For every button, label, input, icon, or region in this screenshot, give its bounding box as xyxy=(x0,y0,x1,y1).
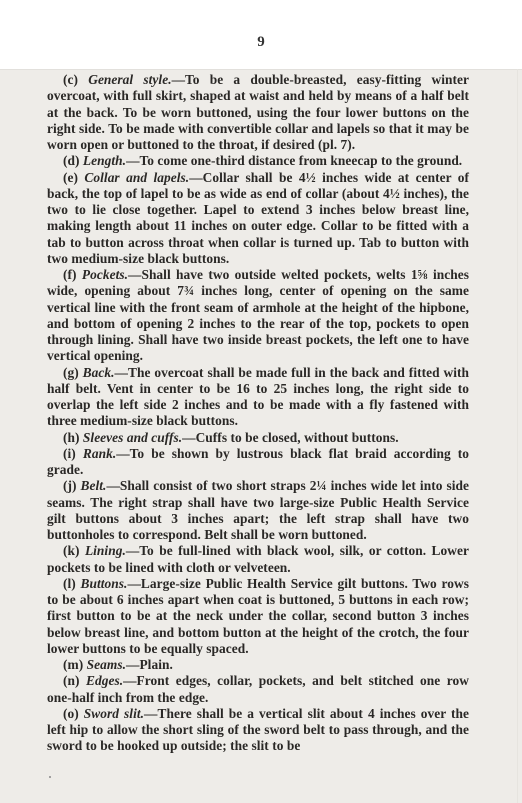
item-text: —Plain. xyxy=(126,657,173,672)
paragraph-pockets: (f) Pockets.—Shall have two outside welt… xyxy=(47,267,469,365)
item-label: (e) xyxy=(63,170,78,185)
item-heading: Belt. xyxy=(81,478,107,493)
paragraph-collar-and-lapels: (e) Collar and lapels.—Collar shall be 4… xyxy=(47,170,469,268)
paragraph-rank: (i) Rank.—To be shown by lustrous black … xyxy=(47,446,469,479)
item-heading: Back. xyxy=(83,365,115,380)
item-heading: Edges. xyxy=(86,673,123,688)
paragraph-buttons: (l) Buttons.—Large-size Public Health Se… xyxy=(47,576,469,657)
item-heading: Seams. xyxy=(87,657,126,672)
item-text: —Cuffs to be closed, without buttons. xyxy=(182,430,399,445)
scan-speck xyxy=(49,776,51,778)
item-heading: Pockets. xyxy=(82,267,128,282)
paragraph-back: (g) Back.—The overcoat shall be made ful… xyxy=(47,365,469,430)
item-heading: General style. xyxy=(88,72,171,87)
paragraph-sleeves-and-cuffs: (h) Sleeves and cuffs.—Cuffs to be close… xyxy=(47,430,469,446)
item-label: (i) xyxy=(63,446,76,461)
item-text: —To come one-third distance from kneecap… xyxy=(126,153,462,168)
item-label: (g) xyxy=(63,365,79,380)
item-text: —Shall consist of two short straps 2¼ in… xyxy=(47,478,469,542)
document-body: (c) General style.—To be a double-breast… xyxy=(47,72,469,755)
item-label: (n) xyxy=(63,673,80,688)
paragraph-belt: (j) Belt.—Shall consist of two short str… xyxy=(47,478,469,543)
item-label: (o) xyxy=(63,706,79,721)
item-label: (h) xyxy=(63,430,80,445)
item-heading: Rank. xyxy=(83,446,116,461)
paragraph-length: (d) Length.—To come one-third distance f… xyxy=(47,153,469,169)
item-heading: Sleeves and cuffs. xyxy=(83,430,182,445)
item-label: (m) xyxy=(63,657,83,672)
item-heading: Buttons. xyxy=(81,576,128,591)
item-heading: Sword slit. xyxy=(84,706,144,721)
paragraph-general-style: (c) General style.—To be a double-breast… xyxy=(47,72,469,153)
item-label: (f) xyxy=(63,267,77,282)
item-label: (d) xyxy=(63,153,80,168)
item-heading: Collar and lapels. xyxy=(84,170,189,185)
item-label: (j) xyxy=(63,478,77,493)
page-number: 9 xyxy=(0,34,522,51)
paragraph-edges: (n) Edges.—Front edges, collar, pockets,… xyxy=(47,673,469,706)
item-heading: Length. xyxy=(83,153,126,168)
paragraph-lining: (k) Lining.—To be full-lined with black … xyxy=(47,543,469,576)
item-heading: Lining. xyxy=(85,543,126,558)
paragraph-sword-slit: (o) Sword slit.—There shall be a vertica… xyxy=(47,706,469,755)
paragraph-seams: (m) Seams.—Plain. xyxy=(47,657,469,673)
item-label: (l) xyxy=(63,576,76,591)
item-label: (c) xyxy=(63,72,78,87)
item-label: (k) xyxy=(63,543,80,558)
